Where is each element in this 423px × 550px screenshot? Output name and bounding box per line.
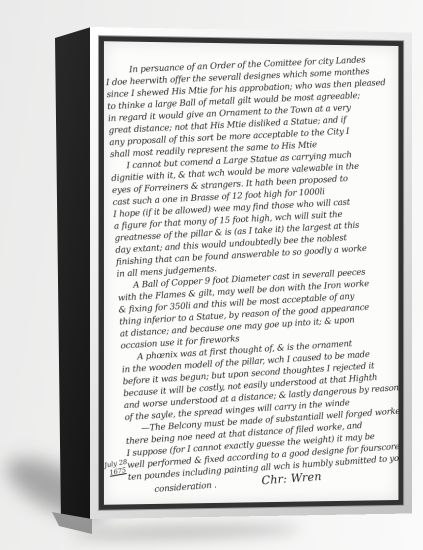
- letter-paper: In persuance of an Order of the Comittee…: [104, 41, 398, 505]
- frame-inner-border: In persuance of an Order of the Comittee…: [98, 35, 404, 511]
- letter-text: In persuance of an Order of the Comittee…: [105, 54, 398, 498]
- margin-note-date: July 28 1675: [104, 459, 129, 478]
- drop-shadow-bottom: [70, 523, 300, 541]
- signature: Chr: Wren: [261, 470, 322, 486]
- picture-frame: In persuance of an Order of the Comittee…: [90, 27, 412, 519]
- framed-letter-photo: In persuance of an Order of the Comittee…: [0, 0, 423, 550]
- margin-note-year: 1675: [105, 466, 129, 477]
